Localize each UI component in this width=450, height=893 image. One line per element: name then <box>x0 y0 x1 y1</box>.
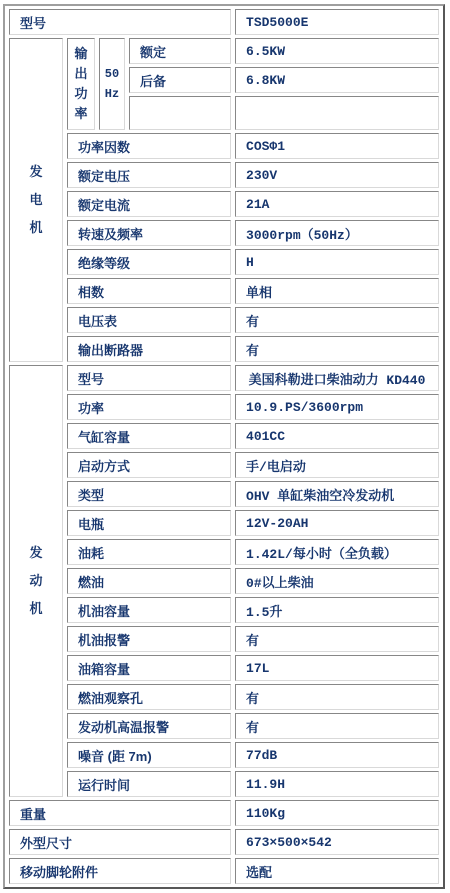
generator-section-label: 发 电 机 <box>9 38 63 362</box>
spec-sheet: 型号 TSD5000E 发 电 机 输 出 功 率 50 Hz 额定 6.5KW… <box>0 0 450 893</box>
spec-label-cell: 气缸容量 <box>67 423 231 449</box>
row-fuel-window: 燃油观察孔 有 <box>9 684 439 710</box>
spec-label-cell: 噪音 (距 7m) <box>67 742 231 768</box>
spec-value-cell: 11.9H <box>235 771 439 797</box>
spec-value-cell: H <box>235 249 439 275</box>
spec-value-cell: 1.42L/每小时（全负载） <box>235 539 439 565</box>
spec-label-cell <box>129 96 231 130</box>
spec-value-cell: TSD5000E <box>235 9 439 35</box>
spec-label-cell: 油箱容量 <box>67 655 231 681</box>
row-output-breaker: 输出断路器 有 <box>9 336 439 362</box>
row-fuel-consumption: 油耗 1.42L/每小时（全负载） <box>9 539 439 565</box>
frequency-label: 50 Hz <box>99 38 125 130</box>
spec-label-cell: 后备 <box>129 67 231 93</box>
spec-value-cell: 673×500×542 <box>235 829 439 855</box>
spec-value-cell: 6.8KW <box>235 67 439 93</box>
spec-label-cell: 电压表 <box>67 307 231 333</box>
spec-label-cell: 相数 <box>67 278 231 304</box>
spec-label-cell: 机油容量 <box>67 597 231 623</box>
row-insulation-class: 绝缘等级 H <box>9 249 439 275</box>
spec-label-cell: 移动脚轮附件 <box>9 858 231 884</box>
spec-value-cell: 有 <box>235 307 439 333</box>
row-output-rated: 发 电 机 输 出 功 率 50 Hz 额定 6.5KW <box>9 38 439 64</box>
spec-label-cell: 转速及频率 <box>67 220 231 246</box>
spec-value-cell: 110Kg <box>235 800 439 826</box>
row-oil-capacity: 机油容量 1.5升 <box>9 597 439 623</box>
spec-value-cell: 401CC <box>235 423 439 449</box>
spec-value-cell <box>235 96 439 130</box>
spec-value-cell: 美国科勒进口柴油动力 KD440 <box>235 365 439 391</box>
row-fuel-type: 燃油 0#以上柴油 <box>9 568 439 594</box>
spec-label-cell: 重量 <box>9 800 231 826</box>
row-run-time: 运行时间 11.9H <box>9 771 439 797</box>
row-engine-model: 发 动 机 型号 美国科勒进口柴油动力 KD440 <box>9 365 439 391</box>
spec-label-cell: 功率因数 <box>67 133 231 159</box>
row-caster-accessory: 移动脚轮附件 选配 <box>9 858 439 884</box>
row-weight: 重量 110Kg <box>9 800 439 826</box>
spec-value-cell: 77dB <box>235 742 439 768</box>
spec-value-cell: 3000rpm（50Hz） <box>235 220 439 246</box>
row-engine-type: 类型 OHV 单缸柴油空冷发动机 <box>9 481 439 507</box>
spec-label-cell: 绝缘等级 <box>67 249 231 275</box>
row-voltmeter: 电压表 有 <box>9 307 439 333</box>
spec-value-cell: 230V <box>235 162 439 188</box>
spec-label-cell: 运行时间 <box>67 771 231 797</box>
spec-value-cell: 手/电启动 <box>235 452 439 478</box>
spec-table: 型号 TSD5000E 发 电 机 输 出 功 率 50 Hz 额定 6.5KW… <box>3 4 445 889</box>
spec-label-cell: 机油报警 <box>67 626 231 652</box>
spec-value-cell: 有 <box>235 684 439 710</box>
row-phase: 相数 单相 <box>9 278 439 304</box>
engine-section-label: 发 动 机 <box>9 365 63 797</box>
spec-value-cell: 有 <box>235 336 439 362</box>
row-displacement: 气缸容量 401CC <box>9 423 439 449</box>
spec-value-cell: 21A <box>235 191 439 217</box>
spec-label-cell: 额定 <box>129 38 231 64</box>
row-dimensions: 外型尺寸 673×500×542 <box>9 829 439 855</box>
row-speed-frequency: 转速及频率 3000rpm（50Hz） <box>9 220 439 246</box>
row-noise: 噪音 (距 7m) 77dB <box>9 742 439 768</box>
output-power-label: 输 出 功 率 <box>67 38 95 130</box>
spec-label-cell: 启动方式 <box>67 452 231 478</box>
spec-label-cell: 油耗 <box>67 539 231 565</box>
spec-value-cell: 有 <box>235 626 439 652</box>
row-oil-alarm: 机油报警 有 <box>9 626 439 652</box>
spec-label-cell: 额定电压 <box>67 162 231 188</box>
spec-label-cell: 燃油观察孔 <box>67 684 231 710</box>
row-rated-current: 额定电流 21A <box>9 191 439 217</box>
spec-label-cell: 额定电流 <box>67 191 231 217</box>
spec-value-cell: 选配 <box>235 858 439 884</box>
spec-label-cell: 型号 <box>67 365 231 391</box>
spec-value-cell: 10.9.PS/3600rpm <box>235 394 439 420</box>
row-high-temp-alarm: 发动机高温报警 有 <box>9 713 439 739</box>
spec-label-cell: 型号 <box>9 9 231 35</box>
spec-value-cell: 1.5升 <box>235 597 439 623</box>
row-model: 型号 TSD5000E <box>9 9 439 35</box>
row-tank-capacity: 油箱容量 17L <box>9 655 439 681</box>
spec-label-cell: 发动机高温报警 <box>67 713 231 739</box>
spec-label-cell: 燃油 <box>67 568 231 594</box>
spec-value-cell: 0#以上柴油 <box>235 568 439 594</box>
spec-label-cell: 外型尺寸 <box>9 829 231 855</box>
spec-label-cell: 输出断路器 <box>67 336 231 362</box>
spec-value-cell: COSΦ1 <box>235 133 439 159</box>
row-engine-power: 功率 10.9.PS/3600rpm <box>9 394 439 420</box>
spec-value-cell: OHV 单缸柴油空冷发动机 <box>235 481 439 507</box>
spec-value-cell: 有 <box>235 713 439 739</box>
spec-value-cell: 12V-20AH <box>235 510 439 536</box>
spec-label-cell: 类型 <box>67 481 231 507</box>
spec-label-cell: 电瓶 <box>67 510 231 536</box>
spec-value-cell: 17L <box>235 655 439 681</box>
spec-value-cell: 6.5KW <box>235 38 439 64</box>
row-rated-voltage: 额定电压 230V <box>9 162 439 188</box>
row-power-factor: 功率因数 COSΦ1 <box>9 133 439 159</box>
spec-value-cell: 单相 <box>235 278 439 304</box>
row-start-mode: 启动方式 手/电启动 <box>9 452 439 478</box>
row-battery: 电瓶 12V-20AH <box>9 510 439 536</box>
spec-label-cell: 功率 <box>67 394 231 420</box>
